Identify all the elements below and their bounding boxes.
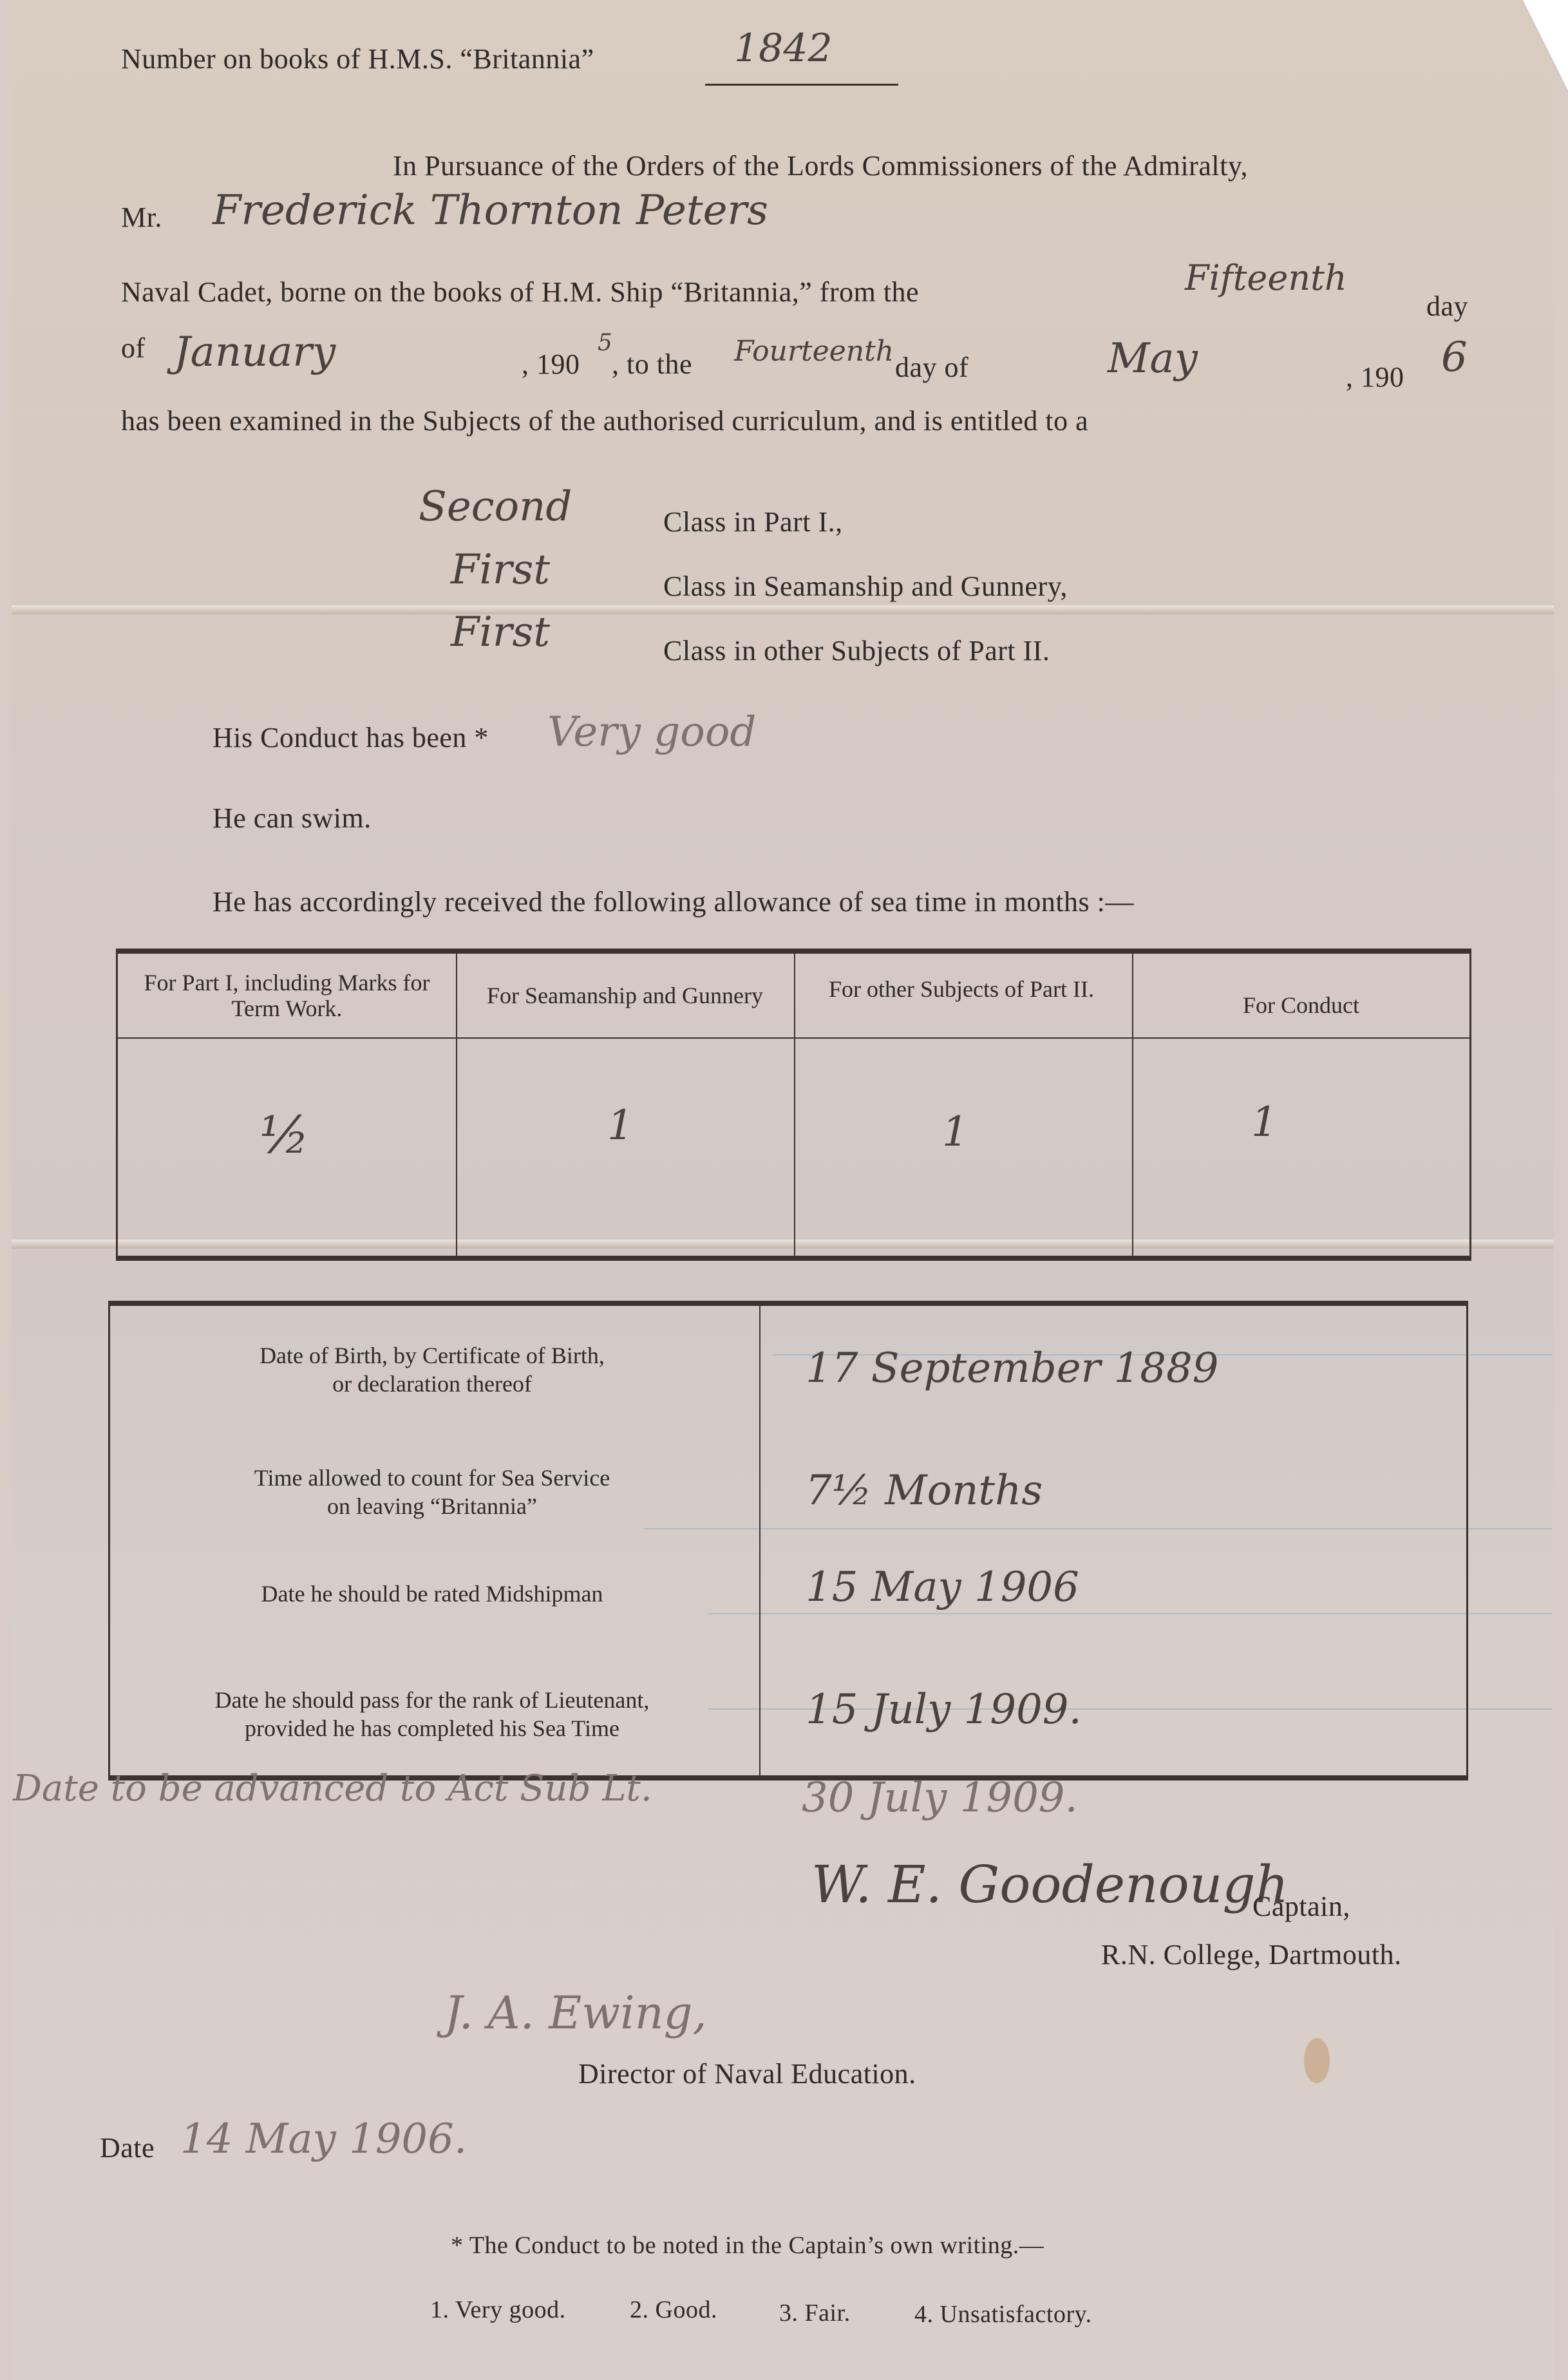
number-label: Number on books of H.M.S. “Britannia” — [121, 42, 594, 75]
details-row-seatime-value: 7½ Months — [806, 1467, 1043, 1515]
from-month: January — [174, 328, 335, 376]
borne-line: Naval Cadet, borne on the books of H.M. … — [121, 276, 919, 308]
from-day: Fifteenth — [1185, 258, 1347, 298]
to-year-digit: 6 — [1441, 334, 1468, 381]
captain-signature: W. E. Goodenough — [811, 1855, 1289, 1914]
details-table: Date of Birth, by Certificate of Birth, … — [108, 1304, 1468, 1777]
scale-very-good: 1. Very good. — [430, 2296, 566, 2324]
allowance-header-seamanship: For Seamanship and Gunnery — [462, 983, 788, 1008]
advance-value: 30 July 1909. — [802, 1774, 1078, 1822]
label-line: Date he should pass for the rank of Lieu… — [129, 1686, 735, 1714]
class-label-3: Class in other Subjects of Part II. — [663, 634, 1050, 667]
conduct-label: His Conduct has been * — [213, 721, 489, 754]
fold-crease — [12, 605, 1554, 614]
date-value: 14 May 1906. — [180, 2115, 467, 2163]
day-word: day — [1426, 290, 1468, 323]
column-divider — [794, 954, 795, 1256]
label-line: Time allowed to count for Sea Service — [129, 1464, 735, 1492]
examined-line: has been examined in the Subjects of the… — [121, 404, 1088, 437]
advance-note: Date to be advanced to Act Sub Lt. — [13, 1768, 652, 1809]
allowance-header-part1: For Part I, including Marks for Term Wor… — [124, 970, 449, 1021]
year-prefix-2: , 190 — [1346, 361, 1404, 393]
to-month: May — [1108, 335, 1198, 382]
torn-corner — [1523, 0, 1568, 90]
captain-title: Captain, — [1252, 1890, 1350, 1923]
scale-fair: 3. Fair. — [779, 2299, 851, 2327]
mr-label: Mr. — [121, 201, 162, 234]
details-row-midshipman-label: Date he should be rated Midshipman — [129, 1580, 735, 1608]
details-row-birth-value: 17 September 1889 — [806, 1345, 1218, 1392]
director-signature: J. A. Ewing, — [444, 1987, 707, 2039]
details-row-birth-label: Date of Birth, by Certificate of Birth, … — [129, 1341, 735, 1398]
details-row-seatime-label: Time allowed to count for Sea Service on… — [129, 1464, 735, 1520]
cadet-name: Frederick Thornton Peters — [213, 187, 768, 234]
preamble-text: In Pursuance of the Orders of the Lords … — [393, 149, 1248, 182]
footnote: * The Conduct to be noted in the Captain… — [451, 2231, 1044, 2260]
date-label: Date — [100, 2131, 155, 2164]
allowance-value-seamanship: 1 — [607, 1102, 634, 1149]
number-underline — [705, 84, 898, 86]
allowance-value-part1: ½ — [260, 1105, 310, 1165]
number-value: 1842 — [734, 26, 833, 71]
swim-line: He can swim. — [213, 802, 372, 835]
class-grade-1: Second — [419, 483, 572, 531]
director-title: Director of Naval Education. — [578, 2057, 916, 2090]
label-line: on leaving “Britannia” — [129, 1492, 735, 1520]
to-day: Fourteenth — [734, 335, 894, 368]
details-row-lieutenant-value: 15 July 1909. — [806, 1686, 1082, 1733]
column-divider — [456, 954, 457, 1256]
allowance-header-other: For other Subjects of Part II. — [826, 976, 1097, 1002]
allowance-value-conduct: 1 — [1251, 1099, 1278, 1146]
details-row-midshipman-value: 15 May 1906 — [806, 1563, 1079, 1611]
scale-unsatisfactory: 4. Unsatisfactory. — [914, 2300, 1092, 2328]
conduct-value: Very good — [547, 708, 756, 756]
of-word: of — [121, 332, 146, 364]
class-grade-2: First — [451, 546, 550, 594]
label-line: Date he should be rated Midshipman — [129, 1580, 735, 1608]
column-divider — [759, 1306, 760, 1775]
from-year-digit: 5 — [598, 330, 612, 356]
allowance-value-other: 1 — [942, 1108, 968, 1156]
day-of: day of — [895, 351, 968, 384]
college-title: R.N. College, Dartmouth. — [1101, 1938, 1402, 1971]
details-row-lieutenant-label: Date he should pass for the rank of Lieu… — [129, 1686, 735, 1742]
stain — [1304, 2038, 1330, 2083]
to-the: , to the — [612, 348, 692, 381]
class-label-2: Class in Seamanship and Gunnery, — [663, 570, 1068, 603]
column-divider — [1132, 954, 1133, 1256]
label-line: provided he has completed his Sea Time — [129, 1714, 735, 1742]
allowance-header-conduct: For Conduct — [1138, 992, 1464, 1018]
scale-good: 2. Good. — [630, 2296, 717, 2324]
year-prefix-1: , 190 — [522, 348, 580, 381]
class-grade-3: First — [451, 609, 550, 656]
allowance-line: He has accordingly received the followin… — [213, 885, 1134, 918]
class-label-1: Class in Part I., — [663, 505, 843, 538]
label-line: Date of Birth, by Certificate of Birth, — [129, 1341, 735, 1370]
label-line: or declaration thereof — [129, 1370, 735, 1398]
allowance-table: For Part I, including Marks for Term Wor… — [116, 952, 1471, 1258]
